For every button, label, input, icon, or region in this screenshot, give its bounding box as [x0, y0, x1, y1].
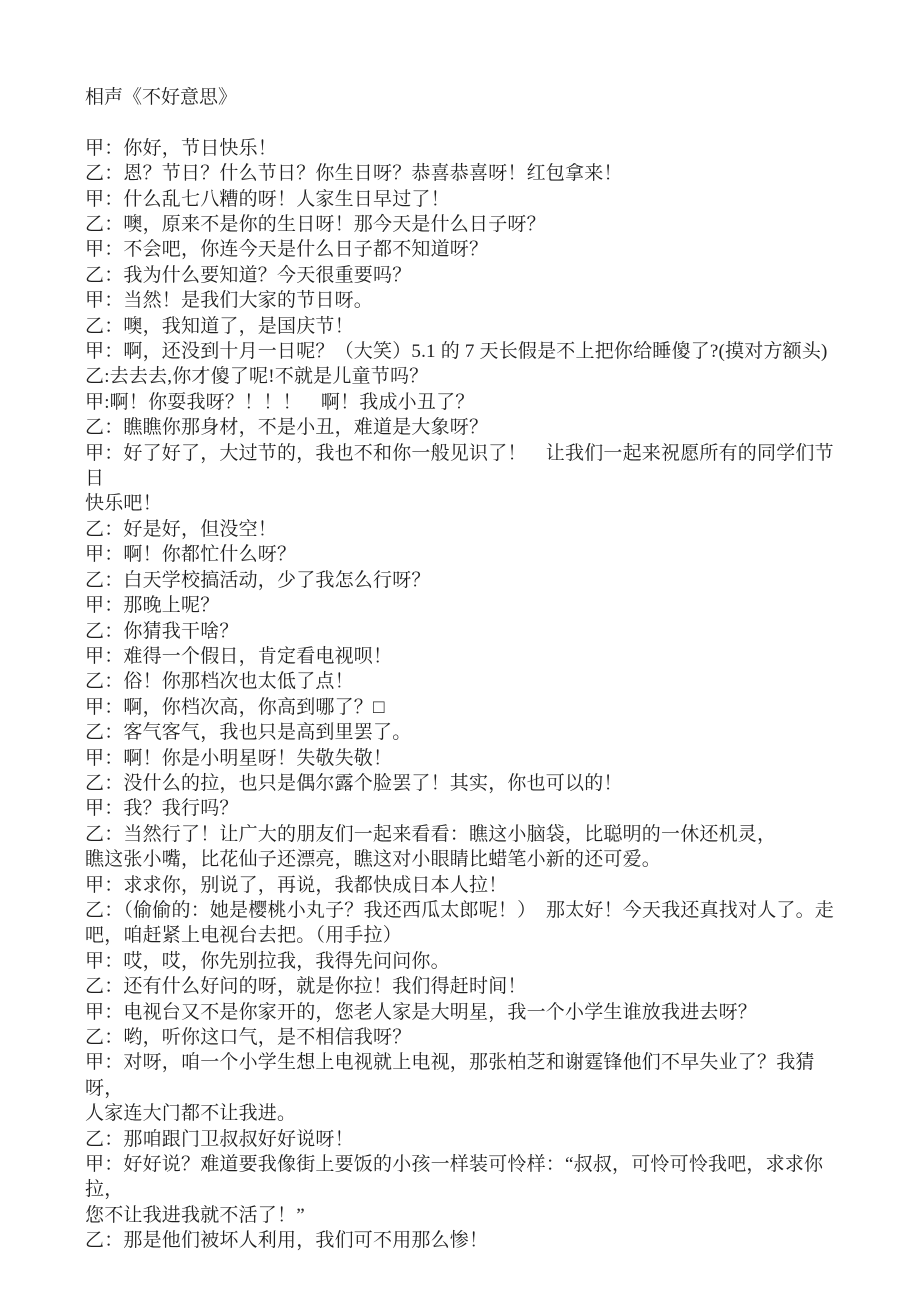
script-line: 您不让我进我就不活了！”	[85, 1203, 838, 1228]
script-line: 甲：好好说？难道要我像街上要饭的小孩一样装可怜样：“叔叔，可怜可怜我吧，求求你拉…	[85, 1152, 838, 1203]
script-line: 乙：还有什么好问的呀，就是你拉！我们得赶时间！	[85, 974, 838, 999]
document-page: 相声《不好意思》 甲：你好，节日快乐！ 乙：恩？节日？什么节日？你生日呀？恭喜恭…	[0, 0, 920, 1302]
script-line: 甲:啊！你耍我呀？！！！ 啊！我成小丑了？	[85, 390, 838, 415]
script-line: 乙:去去去,你才傻了呢!不就是儿童节吗？	[85, 364, 838, 389]
script-line: 甲：不会吧，你连今天是什么日子都不知道呀？	[85, 237, 838, 262]
script-line: 甲：啊！你是小明星呀！失敬失敬！	[85, 746, 838, 771]
script-line: 快乐吧！	[85, 491, 838, 516]
script-line: 甲：什么乱七八糟的呀！人家生日早过了！	[85, 187, 838, 212]
script-line: 乙：哟，听你这口气，是不相信我呀？	[85, 1025, 838, 1050]
script-line: 乙：客气客气，我也只是高到里罢了。	[85, 720, 838, 745]
script-line: 甲：哎，哎，你先别拉我，我得先问问你。	[85, 949, 838, 974]
script-line: 甲：啊！你都忙什么呀？	[85, 542, 838, 567]
script-line: 乙：白天学校搞活动，少了我怎么行呀？	[85, 568, 838, 593]
script-line: 甲：那晚上呢？	[85, 593, 838, 618]
script-line: 甲：啊，你档次高，你高到哪了？□	[85, 695, 838, 720]
document-title: 相声《不好意思》	[85, 85, 838, 110]
script-line: 瞧这张小嘴，比花仙子还漂亮，瞧这对小眼睛比蜡笔小新的还可爱。	[85, 847, 838, 872]
script-line: 乙：当然行了！让广大的朋友们一起来看看：瞧这小脑袋，比聪明的一休还机灵，	[85, 822, 838, 847]
script-line: 乙：俗！你那档次也太低了点！	[85, 669, 838, 694]
script-line: 甲：好了好了，大过节的，我也不和你一般见识了！ 让我们一起来祝愿所有的同学们节日	[85, 441, 838, 492]
script-line: 乙：瞧瞧你那身材，不是小丑，难道是大象呀？	[85, 415, 838, 440]
script-line: 甲：求求你，别说了，再说，我都快成日本人拉！	[85, 873, 838, 898]
script-line: 乙：恩？节日？什么节日？你生日呀？恭喜恭喜呀！红包拿来！	[85, 161, 838, 186]
script-line: 乙：我为什么要知道？今天很重要吗？	[85, 263, 838, 288]
script-line: 甲：难得一个假日，肯定看电视呗！	[85, 644, 838, 669]
script-line: 乙：那咱跟门卫叔叔好好说呀！	[85, 1127, 838, 1152]
script-line: 甲：我？我行吗？	[85, 796, 838, 821]
script-line: 乙：那是他们被坏人利用，我们可不用那么惨！	[85, 1228, 838, 1253]
script-line: 乙：你猜我干啥？	[85, 619, 838, 644]
script-line: 甲：电视台又不是你家开的，您老人家是大明星，我一个小学生谁放我进去呀？	[85, 1000, 838, 1025]
script-line: 乙：噢，原来不是你的生日呀！那今天是什么日子呀？	[85, 212, 838, 237]
script-line: 乙：好是好，但没空！	[85, 517, 838, 542]
script-line: 乙：噢，我知道了，是国庆节！	[85, 314, 838, 339]
script-line: 甲：你好，节日快乐！	[85, 136, 838, 161]
script-line: 甲：对呀，咱一个小学生想上电视就上电视，那张柏芝和谢霆锋他们不早失业了？我猜呀，	[85, 1050, 838, 1101]
script-line: 人家连大门都不让我进。	[85, 1101, 838, 1126]
script-line: 甲：啊，还没到十月一日呢？（大笑）5.1 的 7 天长假是不上把你给睡傻了?(摸…	[85, 339, 838, 364]
script-line: 乙：（偷偷的：她是樱桃小丸子？我还西瓜太郎呢！） 那太好！今天我还真找对人了。走	[85, 898, 838, 923]
script-line: 吧，咱赶紧上电视台去把。（用手拉）	[85, 923, 838, 948]
script-line: 乙：没什么的拉，也只是偶尔露个脸罢了！其实，你也可以的！	[85, 771, 838, 796]
script-line: 甲：当然！是我们大家的节日呀。	[85, 288, 838, 313]
